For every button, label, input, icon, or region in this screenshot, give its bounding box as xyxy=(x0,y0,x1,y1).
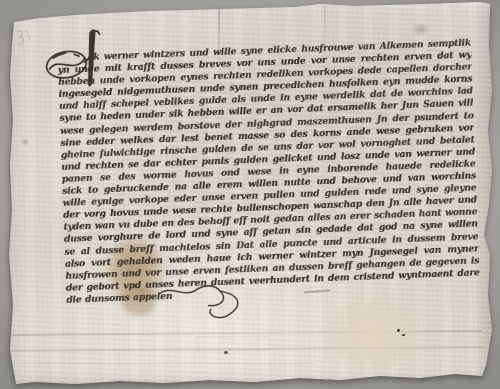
foxing-spot xyxy=(23,140,28,144)
fold-crease xyxy=(14,363,314,364)
notary-ring-mark-icon xyxy=(42,27,114,94)
closing-flourish-icon xyxy=(158,280,255,322)
manuscript-text: k werner wintzers und wille syne elicke … xyxy=(57,37,480,306)
ink-speck xyxy=(402,334,405,336)
manuscript-sheet: k werner wintzers und wille syne elicke … xyxy=(0,0,500,389)
fold-crease xyxy=(196,336,270,351)
smudge-mark xyxy=(414,25,427,33)
pencil-mark-icon xyxy=(12,26,38,52)
photo-background: k werner wintzers und wille syne elicke … xyxy=(0,0,500,389)
ink-speck xyxy=(224,351,228,354)
pale-blotch xyxy=(328,298,418,370)
fold-crease xyxy=(10,346,484,351)
fold-crease xyxy=(12,330,482,336)
ink-speck xyxy=(397,329,400,332)
manuscript-sheet-shadow: k werner wintzers und wille syne elicke … xyxy=(0,0,500,389)
